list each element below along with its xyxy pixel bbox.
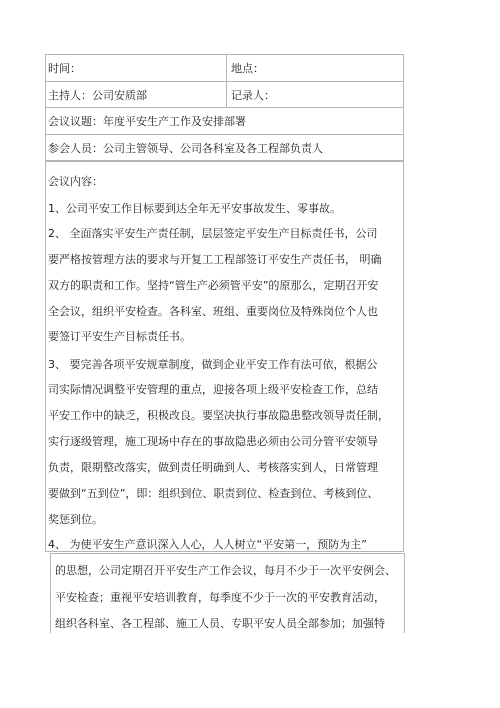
recorder-cell: 记录人：: [227, 82, 403, 107]
content-line: 要做到“五到位”，即：组织到位、职责到位、检查到位、考核到位、: [48, 485, 378, 501]
topic-cell: 会议议题：年度平安生产工作及安排部署: [46, 108, 403, 134]
content-line: 1、公司平安工作目标要到达全年无平安事故发生、零事故。: [48, 200, 341, 216]
continuation-line: 的思想，公司定期召开平安生产工作会议，每月不少于一次平安例会、: [55, 562, 396, 578]
content-line: 2、 全面落实平安生产责任制，层层签定平安生产目标责任书，公司: [48, 225, 378, 241]
content-line: 会议内容：: [48, 173, 103, 189]
content-line: 要签订平安生产目标责任书。: [48, 328, 191, 344]
continuation-line: 组织各科室、各工程部、施工人员、专职平安人员全部参加；加强特: [55, 615, 385, 631]
content-line: 平安工作中的缺乏，积极改良。要坚决执行事故隐患整改领导责任制，: [48, 407, 389, 423]
content-line: 司实际情况调整平安管理的重点，迎接各项上级平安检查工作，总结: [48, 381, 378, 397]
content-line: 4、 为使平安生产意识深入人心，人人树立“平安第一，预防为主”: [48, 536, 367, 552]
location-cell: 地点：: [227, 55, 403, 81]
host-cell: 主持人：公司安质部: [46, 82, 227, 107]
content-line: 双方的职责和工作。坚持“管生产必须管平安”的原那么，定期召开安: [48, 277, 378, 293]
content-line: 3、 要完善各项平安规章制度，做到企业平安工作有法可依，根据公: [48, 356, 378, 372]
row-topic: 会议议题：年度平安生产工作及安排部署: [46, 108, 403, 135]
continuation-box: 的思想，公司定期召开平安生产工作会议，每月不少于一次平安例会、 平安检查；重视平…: [50, 553, 405, 633]
row-time-location: 时间： 地点：: [46, 55, 403, 82]
content-line: 全会议，组织平安检查。各科室、班组、重要岗位及特殊岗位个人也: [48, 303, 378, 319]
row-host-recorder: 主持人：公司安质部 记录人：: [46, 82, 403, 108]
row-attendees: 参会人员：公司主管领导、公司各科室及各工程部负责人: [46, 135, 403, 162]
continuation-line: 平安检查；重视平安培训教育，每季度不少于一次的平安教育活动，: [55, 589, 385, 605]
content-line: 负责，限期整改落实，做到责任明确到人、考核落实到人，日常管理: [48, 459, 378, 475]
time-cell: 时间：: [46, 55, 227, 81]
content-line: 要严格按管理方法的要求与开复工工程部签订平安生产责任书， 明确: [48, 251, 382, 267]
content-line: 奖惩到位。: [48, 511, 103, 527]
meeting-record-table: 时间： 地点： 主持人：公司安质部 记录人： 会议议题：年度平安生产工作及安排部…: [45, 54, 404, 552]
content-line: 实行逐级管理，施工现场中存在的事故隐患必须由公司分管平安领导: [48, 433, 378, 449]
attendees-cell: 参会人员：公司主管领导、公司各科室及各工程部负责人: [46, 135, 403, 160]
